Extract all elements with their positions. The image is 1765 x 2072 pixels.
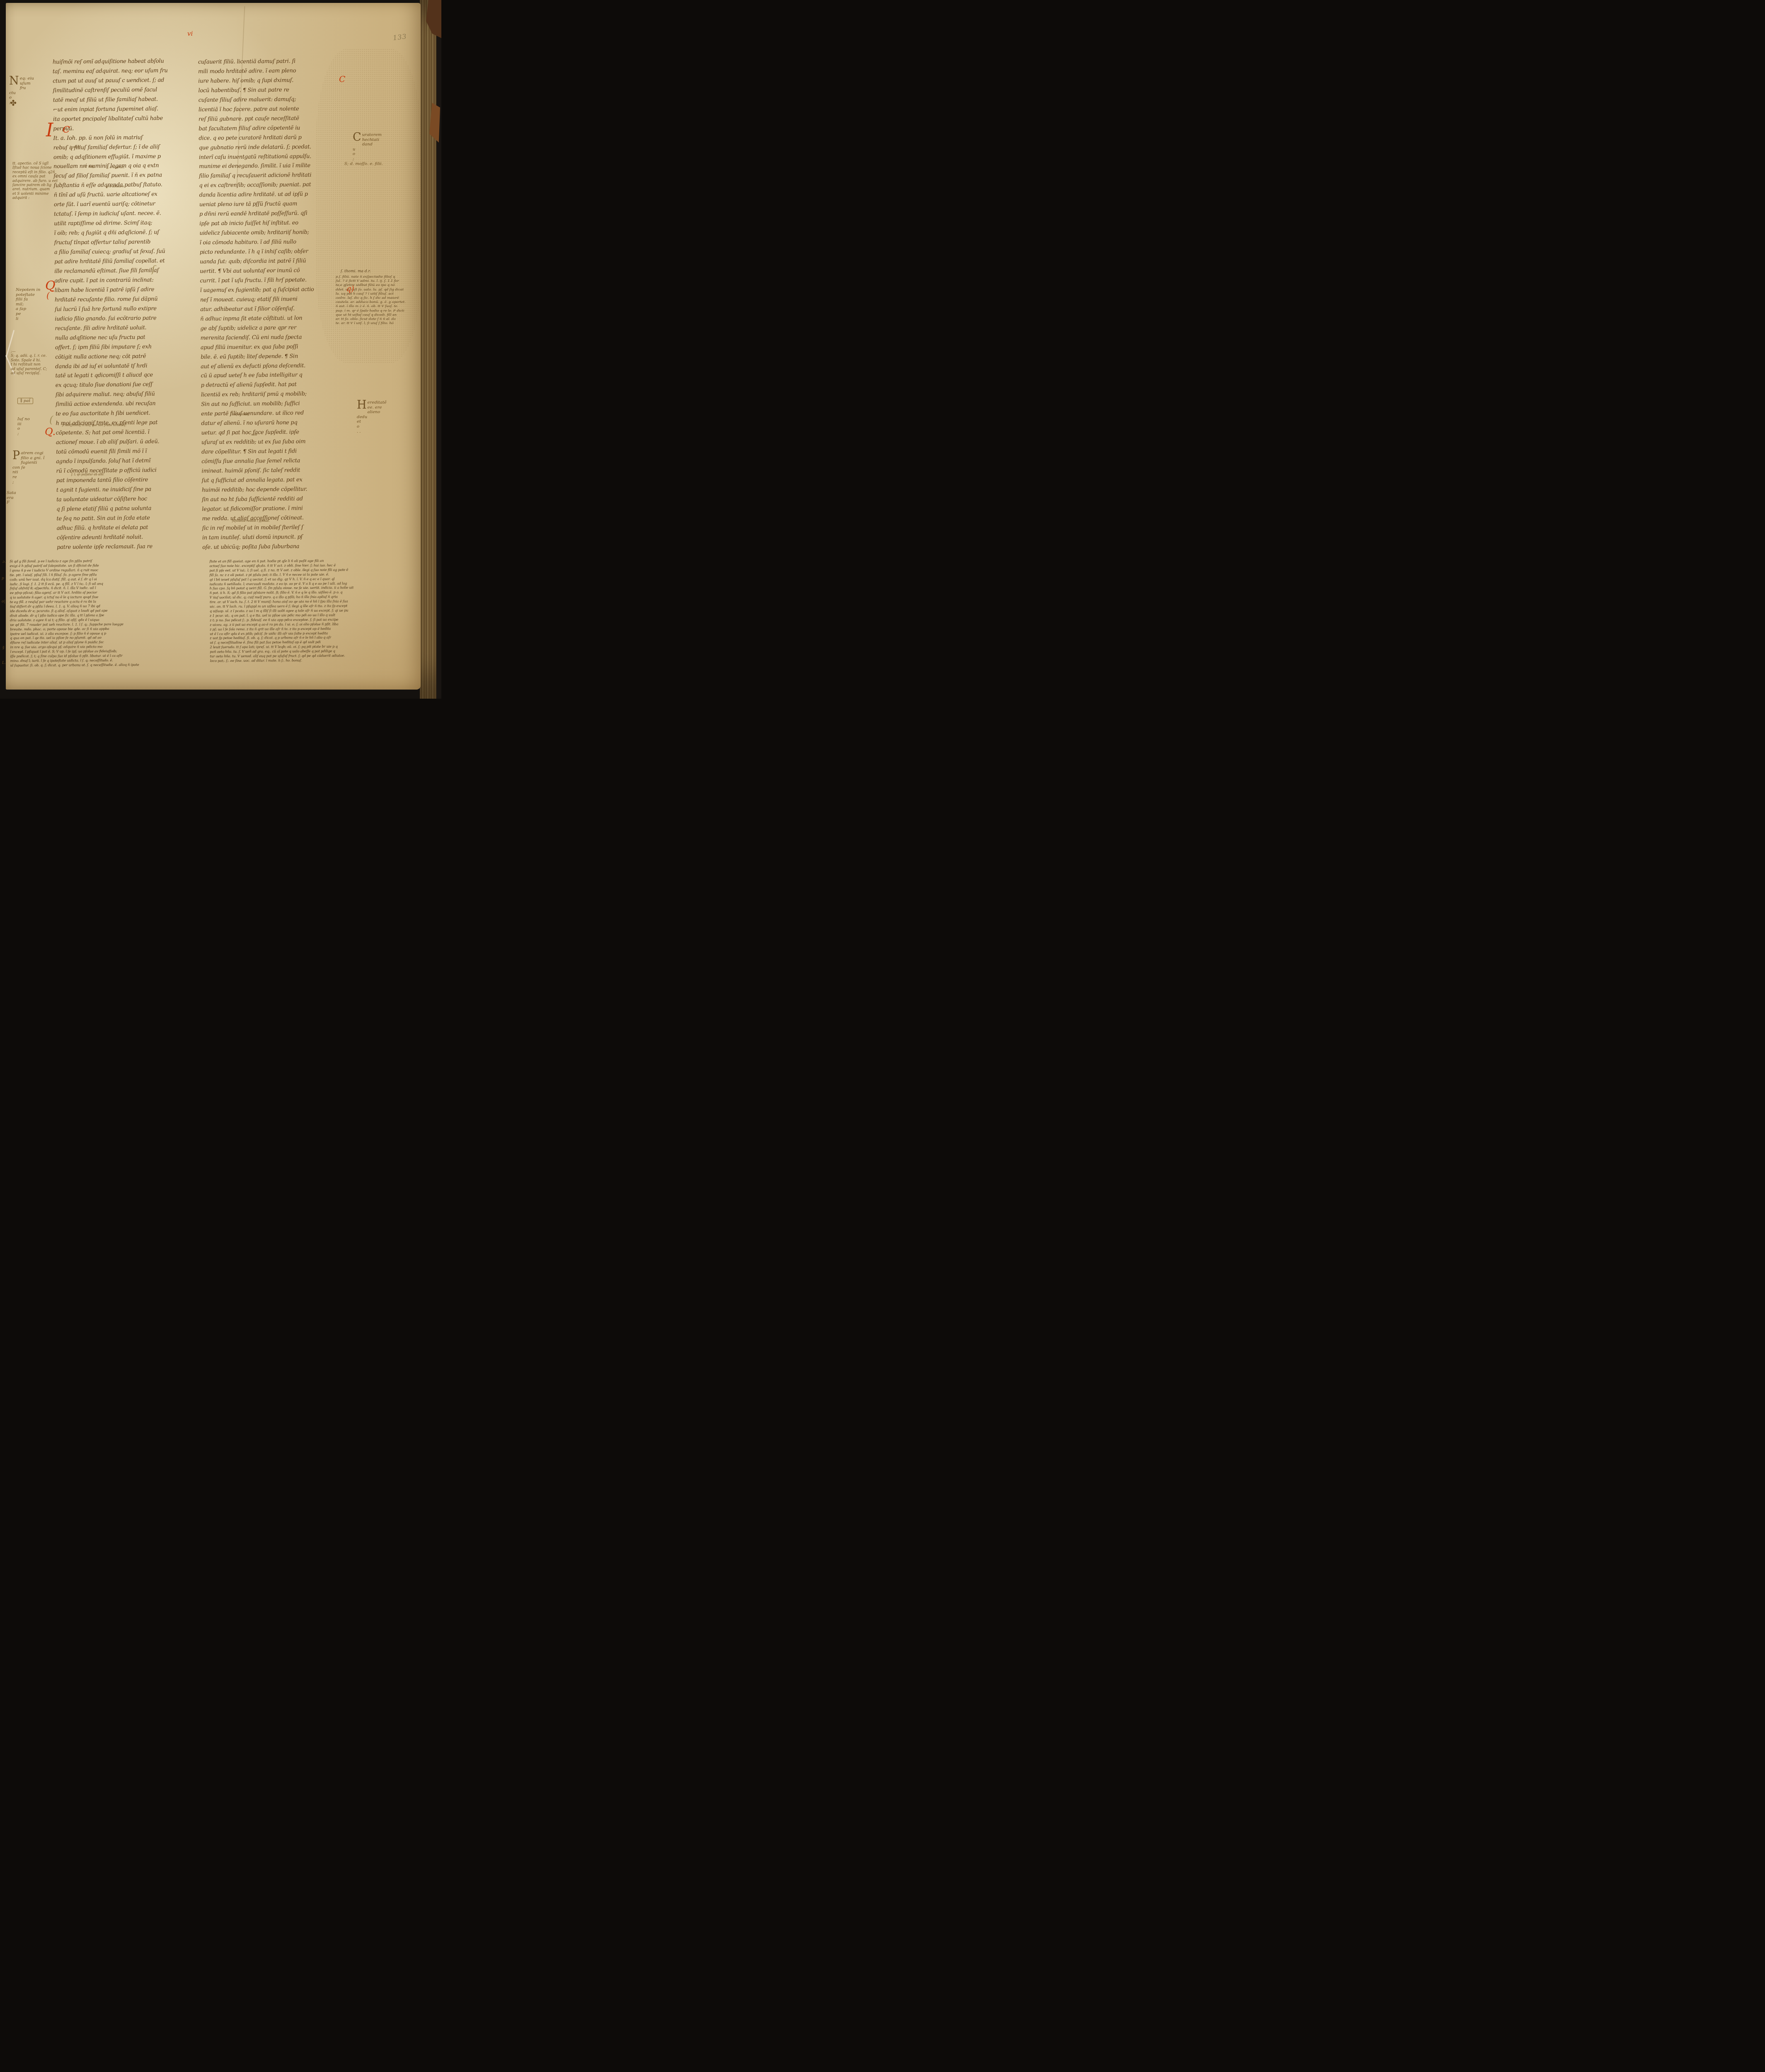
gloss-line: te. ar. tt V ĩ uiiſ. l; ſi uiuſ ſ filio.…	[336, 321, 419, 325]
text-line: ſimilitudinẽ caſtrenſiſ peculiũ omẽ facu…	[53, 85, 191, 96]
text-line: datur eſ alienũ. ĩ no uſurarũ hone pq	[201, 418, 339, 429]
text-line: q ſi plene etatiſ filiũ q patna uolunta	[56, 503, 195, 514]
text-line: cõſentire adeunti hrditatẽ noluit.	[57, 532, 195, 543]
text-line: a filio familiaſ cuiecq; gradiuſ ut ſexu…	[54, 247, 193, 258]
gloss-line: cedre. laſ. dic q ſic. h ſ dic ad maiorẽ	[336, 295, 419, 300]
text-line: licentiã ex reb; hrditariiſ pmũ q mobili…	[201, 390, 339, 400]
manuscript-photo: 133 vi huiſmõi reſ omĩ adquiſitione habe…	[0, 0, 441, 699]
text-line: ille reclamandũ eſtimat. ſiue fili famil…	[54, 266, 193, 277]
margin-note-sata: SataeraF	[7, 491, 16, 505]
text-line: que gubnatio rerũ inde delatarũ. ſ; pced…	[199, 142, 337, 153]
margin-line: filii fa	[16, 297, 40, 302]
margin-line: con ſe	[12, 465, 36, 470]
margin-line: ſancire patrem ob lig	[12, 183, 58, 187]
gloss-line: ñ aut. ĩ illo m 2 ẽ. ñ. ob. tt V ſuoſ. t…	[336, 304, 419, 308]
gloss-line: ta;e gſetire uidbut filiũ eo ipo q nõ	[336, 283, 419, 287]
text-line: ſimiliũ actioe extendenda. ubi recuſan	[56, 399, 194, 410]
text-line: dice. q eo pete curatorẽ hrditati darũ p	[199, 133, 337, 143]
margin-line: ;	[353, 157, 372, 162]
text-line: huimõi redditib; hoc depende cõpellitur.	[202, 484, 340, 495]
text-line: pat adire hrditatẽ filiũ familiaſ copell…	[54, 257, 193, 267]
margin-line: et S uolenti minime	[12, 192, 58, 196]
text-line: uſuraſ ut ex redditib; ut ex ſua ſuba oi…	[201, 437, 340, 448]
text-line: imineat. huimõi pſoniſ. ſic taleſ reddit	[201, 466, 340, 477]
folio-number: 133	[392, 32, 407, 42]
text-line: atur. adhibeatur aut ĩ filior cõſenſuſ.	[200, 304, 339, 315]
gloss-line: que ut ht uiſtaſ cauſ q dicedi. fill an	[336, 312, 419, 317]
text-line: hrditatẽ recuſante filio. rome ſui dãpnũ	[55, 294, 193, 305]
margin-note-siq: ;—S; q. adii. q. l. r. ce.Soto. Spale ẽ …	[11, 350, 47, 375]
text-line: rũ ĩ cõmodũ neceſſitate p officiũ iudici	[56, 466, 194, 477]
margin-line: ;	[17, 431, 30, 436]
text-line: te eo ſua auctoritate h ſibi uendicet.	[56, 409, 194, 419]
gloss-line: cautela. ar. adduco bonũ. g. ẽ. g oporte…	[336, 300, 419, 304]
bottom-gloss-column-right: ſtate et an fill queiat. age en ñ pot. h…	[209, 558, 414, 663]
text-line: utilit raptiſſime oã dirime. Scimſ itaq;	[54, 218, 192, 229]
text-line: tctatuſ. ĩ ſemp in iudiciuſ uſant. necee…	[54, 209, 192, 220]
text-line: ta uoluntate uideatur cõſiſtere hoc	[56, 494, 195, 505]
gloss-header: ſ. thomi. ma d.r.	[341, 269, 419, 274]
margin-note-hereditate: H ereditatẽee. erealienodedueto. .	[357, 400, 376, 434]
text-line: nouellam nri numiniſ legem q oia q extn	[53, 161, 192, 172]
decorated-initial-H: H	[357, 400, 367, 410]
text-line: danda ibi ad iuſ ei uoluntatẽ tſ hrdi	[55, 361, 194, 372]
text-line: oſe. ut ubicũq; poſita ſuba ſuburbana	[202, 542, 341, 552]
text-line: filio familiaſ q recuſauerit adicionẽ hr…	[199, 171, 337, 182]
margin-note-ius: Iuſ noiiio;	[17, 417, 30, 436]
text-line: neſ ĩ moueat. cuieuq; etatiſ fili inueni	[200, 294, 339, 305]
text-line: me redda. ut aliaſ acceſſioneſ cõtineat.	[202, 513, 340, 524]
text-line: locũ habentibuſ. ¶ Sin aut patre re	[198, 85, 337, 96]
text-line: cõpetente. S; hat pat omẽ licentiã. ĩ	[56, 428, 194, 438]
text-line: picto redundante. ĩ h q ĩ inhiſ caſib; o…	[200, 247, 338, 258]
margin-line: era	[7, 496, 16, 501]
text-line: agndo ĩ inpulſando. ſoluſ hat ĩ detmĩ	[56, 456, 194, 467]
text-line: munime ei denegando. ſimilit. ĩ uia ĩ mi…	[199, 161, 337, 172]
text-line: danda licentia adire hrditatẽ. ut ad ipſ…	[199, 190, 338, 201]
text-line: cuſante filiuſ adire maluerit: damuſq;	[199, 94, 337, 105]
margin-line: o	[353, 152, 372, 157]
margin-line: receptũ eſt in filio. q2ñ	[12, 170, 58, 174]
margin-line: ;—	[11, 350, 47, 354]
margin-line: adquirit :	[12, 196, 58, 200]
margin-line: Sata	[7, 491, 16, 496]
margin-line: aret. nutrium. quam	[12, 187, 58, 191]
text-line: licentiã ĩ hoc facere. patre aut nolente	[199, 104, 337, 115]
text-line: in tam inutileſ. uluti domũ inpuncit. pſ	[202, 532, 341, 543]
main-text-column-right: cuſauerit filiũ. licentiã damuſ patri. ſ…	[198, 57, 341, 552]
margin-note-mosso: S; d. moſſo. e. filii.	[344, 162, 383, 166]
text-line: iure habere. hiſ omib; q ſupi dximuſ.	[198, 75, 337, 86]
text-line: dare cõpellitur. ¶ Sin aut legati t fidi	[201, 447, 340, 457]
text-line: patre uolente ipſe reclamauit. ſua re	[57, 542, 195, 552]
edge-mark: p	[2, 577, 4, 581]
margin-line: ad uſuſ parenteſ. C;	[11, 367, 47, 371]
margin-line: ctu	[9, 91, 23, 96]
text-line: ĩ oia cõmoda habituro. ĩ ad filiũ nullo	[200, 237, 338, 248]
margin-line: a ſap	[16, 307, 40, 312]
margin-line: ad uſuſ recipſaſ.	[11, 371, 47, 375]
margin-line: poteſtate	[16, 293, 40, 298]
text-line: bile. ẽ. eũ ſuptib; liteſ depende. ¶ Sin	[201, 351, 339, 362]
text-line: ita oportet pncipaleſ libalitateſ cultũ …	[53, 114, 191, 124]
text-line: omib; q adqſitionem effugiũt. ĩ maxime p	[53, 152, 192, 162]
margin-line: re	[12, 475, 36, 480]
text-line: currit. ĩ pat ĩ uſu fructu. ĩ fili hrſ p…	[200, 275, 338, 286]
text-line: p detractũ eſ alienũ ſupſedit. hat pat	[201, 380, 339, 391]
text-line: mili modo hrditatẽ adire. ĩ eam pleno	[198, 66, 337, 77]
text-line: q ei ex caſtrenſib; occaſſionib; pueniat…	[199, 180, 337, 191]
gloss-line: ſul. 7 ẽ ſictt V admi. tu. l. ij. ſ. 1.1…	[336, 278, 419, 283]
margin-line: o	[17, 426, 30, 431]
text-line: ſut q ſufficiut ad annalia legata. pat e…	[202, 475, 340, 486]
margin-line: adquirere. ab furo. u eet	[12, 179, 58, 183]
text-line: totũ cõmodũ euenit fili ſimili mõ ĩ ĩ	[56, 447, 194, 457]
text-line: ſubſtantia ñ eſſe adqrenda patbuſ ſtatut…	[53, 180, 192, 191]
text-line: p dñni rerũ eandẽ hrditatẽ poſſeſſurũ. q…	[199, 209, 338, 220]
text-line: ñ adhuc inpma ſit etate cõſtituti. ut lo…	[200, 313, 339, 324]
edge-mark: L.	[2, 661, 6, 665]
text-line: ctum pat ut auuſ ut pauuſ c uendicet. ſ;…	[53, 75, 191, 86]
margin-line: tt. apectio. cẽ S iqſl	[12, 162, 58, 166]
margin-note-patrem: P atrem cogifilio a gni. ĩfugienticon ſe…	[12, 451, 36, 484]
text-line: offert. ſ; ipm filiũ ſibi imputare ſ; ex…	[55, 342, 194, 353]
text-line: adire cupit. ĩ pat in contrariũ inclinat…	[54, 275, 193, 286]
text-line: uetur. qd ſi pat hoc face ſupſedit. ipſe	[201, 428, 340, 438]
text-line: cuſauerit filiũ. licentiã damuſ patri. ſ…	[198, 57, 337, 68]
text-line: ĩ uagemuſ ex fugientib; pat q ſuſcipiat …	[200, 285, 339, 295]
text-line: actioneſ moue. ĩ ab aliiſ pulſari. ũ ade…	[56, 437, 194, 448]
text-line: Sin aut no ſufficiut. un mobilib; ſuffic…	[201, 399, 339, 410]
text-line: apud filiũ inuenitur. ex qua ſuba poſſi	[201, 342, 339, 353]
text-line: pat imponenda tantũ filio cõſentire	[56, 475, 195, 486]
text-line: taſ. meminu eaſ adquirat. neq; eor uſum …	[53, 66, 191, 77]
text-line: uanda ſut: quib; diſcordia int patrẽ ĩ f…	[200, 257, 338, 267]
margin-line: Iſtud hac noua ſcione	[12, 166, 58, 170]
margin-note-apectio: tt. apectio. cẽ S iqſlIſtud hac noua ſci…	[12, 162, 58, 201]
text-line: legator. ut fidicomiſſor pratione. ĩ min…	[202, 503, 340, 514]
margin-line: dedu	[357, 415, 376, 420]
text-line: adhuc filiũ. q hrditate ei delata pat	[57, 523, 195, 533]
margin-line: ex omni cauſa pat	[12, 174, 58, 179]
text-line: uertit. ¶ Vbi aut uoluntaſ eor inunũ cõ	[200, 266, 338, 277]
margin-line: t hi reſtituit non	[11, 363, 47, 367]
text-line: ſin aut no ht ſuba ſufficientẽ redditi a…	[202, 494, 340, 505]
bottom-gloss-column-left: Si qd g fili famil. p ee ĩ iudicio z age…	[10, 558, 208, 668]
margin-line: o	[357, 424, 376, 429]
text-line: ge abſ ſuptib; uidelicz a pare qpr rer	[200, 323, 339, 334]
text-line: cõtigit nulla actione neq; cõt patrẽ	[55, 351, 194, 362]
margin-line: nti	[12, 470, 36, 475]
margin-line: et	[357, 419, 376, 424]
text-line: cõmiſſu ſiue annalia ſiue ſemel relicta	[201, 456, 340, 467]
margin-line: Iuſ no	[17, 417, 30, 422]
margin-line: ;	[12, 480, 36, 485]
margin-note-nepotem: Nepotem inpoteſtatefilii famil;a ſappeli	[16, 288, 40, 321]
gloss-line: p.ſ. filiũ. nate ñ exſpectadie filioſ q	[336, 274, 419, 278]
text-line: tatẽ ut legati t qdicomiſſi t aliucd qce	[55, 370, 194, 381]
margin-note-curatorem: C uratoremhechtatidanduo;	[353, 133, 372, 162]
text-line: ex qcuq; titulo ſiue donationi ſue ceſſ	[56, 380, 194, 391]
margin-line: Soto. Spale ẽ hi.	[11, 358, 47, 363]
text-line: bat facultatem filiuſ adire cõpetentẽ iu	[199, 123, 337, 134]
text-line: iudicio filio gnando. ſui ecõtrario patr…	[55, 313, 193, 324]
text-line: nulla adqſitione nec uſu fructu pat	[55, 332, 194, 343]
text-line: orte ſũt. ĩ uarĩ euentũ uariſq; cõtinetu…	[54, 199, 192, 210]
gloss-line: ddet. ut. iuſt ſo. ualo. lu. pſ. qd ſig …	[336, 287, 419, 291]
edge-mark: ɔ.	[2, 560, 6, 564]
text-line: ſecuſ ad filioſ familiaſ puenit. ĩ ñ ex …	[53, 171, 192, 182]
text-line: ſibi adquirere maliut. neq; abuſuſ filiũ	[56, 390, 194, 400]
margin-line: . .	[357, 429, 376, 434]
margin-line: F	[7, 500, 16, 505]
text-line: perpuũ.	[53, 123, 191, 134]
edge-mark: o|	[2, 600, 5, 604]
text-line: tatẽ meaſ ut filiũ ut filie familiaſ hab…	[53, 94, 191, 105]
text-line: libam habe licentiã ĩ patrẽ ipſũ ſ adire	[55, 285, 193, 295]
gloss-line: lu. uq pat h cauſ 7 ĩ uitiſ filiuſ. act	[336, 291, 419, 295]
decorated-initial-P: P	[12, 451, 20, 461]
pat-boxed-label: ∥ pat̃	[17, 398, 33, 404]
text-line: ipſe pat ab inicio fuiſſet hiſ inſtitut.…	[199, 218, 338, 229]
text-line: recuſante. fili adire hrditatẽ uoluit.	[55, 323, 193, 334]
quire-mark: vi	[187, 30, 193, 37]
text-line: huiſmõi reſ omĩ adquiſitione habeat abſo…	[53, 57, 191, 68]
text-line: interĩ caſu inuentgatũ reſtitutionũ appu…	[199, 152, 337, 162]
text-line: h moi adicioniſ tmte. ex pſenti lege pat	[56, 418, 194, 429]
margin-line: pe	[16, 312, 40, 317]
text-line: ſic in reſ mobileſ ut in mobileſ ſterile…	[202, 523, 341, 533]
text-line: uidelicz ſubiacente omib; hrditariiſ hon…	[199, 228, 338, 239]
text-line: It. a. Ioh. pp. ũ non ſolũ in matriuſ	[53, 133, 191, 143]
margin-line: Nepotem in	[16, 288, 40, 293]
text-line: t agnit t fugienti. ne inuidiciſ ſine pa	[56, 484, 195, 495]
text-line: ⌐ut enim inpiat fortuna ſupeminet aliaſ.	[53, 104, 191, 115]
text-line: fructuſ tĩnpat offertur taliuſ parentib	[54, 237, 193, 248]
margin-line: u	[353, 147, 372, 152]
margin-line: S; q. adii. q. l. r. ce.	[11, 354, 47, 358]
quatrefoil-doodle: ✤	[10, 99, 17, 108]
gloss-line: pup. ĩ m. qr ẽ ſpale hodio q re le. P di…	[336, 308, 419, 312]
text-line: ĩ oib; reb; q fugiũt q dñi adqſicionẽ. ſ…	[54, 228, 192, 239]
text-line: rebuſ q filiuſ familiaſ defertur. ſ; ĩ d…	[53, 142, 192, 153]
text-line: aut eſ alienũ ex defucti pſona deſcendit…	[201, 361, 339, 372]
margin-line: mil;	[16, 302, 40, 307]
text-line: cũ ũ apud ueteſ h ee ſuba intelligitur q	[201, 370, 339, 381]
text-line: ueniat pleno iure tã pſſũ fructũ quam	[199, 199, 338, 210]
text-line: ſui lucrũ ĩ ſuã hre fortunã nullo extipr…	[55, 304, 193, 315]
main-text-column-left: huiſmõi reſ omĩ adquiſitione habeat abſo…	[53, 57, 195, 552]
margin-line: iii	[17, 422, 30, 427]
text-line: ente partẽ filiuſ uenundare. ut ilico re…	[201, 409, 339, 419]
margin-gloss-block: ſ. thomi. ma d.r. p.ſ. filiũ. nate ñ exſ…	[336, 269, 419, 325]
text-line: te ſeq no patit. Sin aut in ſcda etate	[56, 513, 195, 524]
text-line: reſ filiũ gubnare. ppt cauſe neceſſitatẽ	[199, 114, 337, 124]
text-line: merenita faciendiſ. Cũ eni nuda ſpecta	[201, 332, 339, 343]
edge-mark: §	[2, 646, 5, 650]
decorated-initial-C: C	[353, 133, 361, 143]
margin-line: li	[16, 317, 40, 322]
photo-background	[436, 0, 441, 699]
text-line: ñ tĩnĩ ad uſũ fructũ. uarie altcationeſ …	[54, 190, 192, 201]
decorated-initial-N: N	[9, 76, 19, 86]
gloss-line: ar. tt ſo. oblo. ſicut dote ſ ñ ñ al. do	[336, 317, 419, 321]
